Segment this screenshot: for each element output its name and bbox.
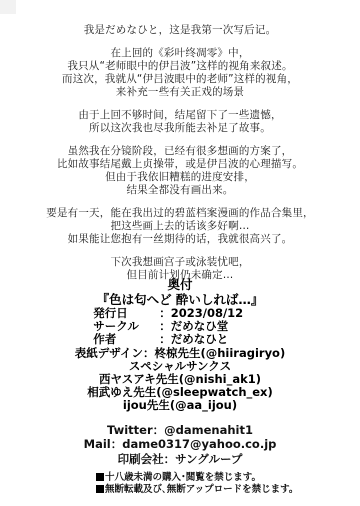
scan-corner-mark [0, 0, 16, 14]
afterword-paragraph-1: 我是だめなひと，这是我第一次写后记。 [0, 24, 360, 37]
mail-address: Mail：dame0317@yahoo.co.jp [0, 438, 360, 452]
afterword-line: 如果能让您抱有一丝期待的话，我就很高兴了。 [0, 233, 360, 246]
black-square-bullet-icon [96, 473, 104, 481]
afterword-line: 把这些画上去的话该多好啊… [0, 220, 360, 233]
afterword-paragraph-3: 由于上回不够时间，结尾留下了一些遗憾， 所以这次我也尽我所能去补足了故事。 [0, 109, 360, 135]
afterword-line: 但由于我依旧糟糕的进度安排， [0, 171, 360, 184]
afterword-line: 我只从“老师眼中的伊吕波”这样的视角来叙述。 [0, 60, 360, 73]
contact-info: Twitter：@damenahit1 Mail：dame0317@yahoo.… [0, 424, 360, 467]
black-square-bullet-icon [96, 485, 104, 493]
twitter-handle: Twitter：@damenahit1 [0, 424, 360, 438]
afterword-line: 结果全都没有画出来。 [0, 184, 360, 197]
special-thanks-item: ijou先生(@aa_ijou) [0, 399, 360, 412]
author-sep: ： [159, 333, 171, 346]
author-value: だめなひと [171, 333, 267, 346]
afterword-line: 所以这次我也尽我所能去补足了故事。 [0, 122, 360, 135]
afterword-line: 我是だめなひと，这是我第一次写后记。 [0, 24, 360, 37]
author-label: 作者 [93, 333, 159, 346]
notice-item: 十八歳未満の購入･閲覧を禁じます。 [96, 472, 298, 484]
notice-item: 無断転載及び､無断アップロードを禁じます。 [96, 484, 298, 496]
legal-notices: 十八歳未満の購入･閲覧を禁じます。 無断転載及び､無断アップロードを禁じます。 [96, 472, 298, 496]
afterword-line: 虽然我在分镜阶段，已经有很多想画的方案了， [0, 145, 360, 158]
cover-design-credit: 表紙デザイン：柊椋先生(@hiiragiryo) [0, 347, 360, 360]
colophon: 奥付 『色は匂へど 酔いしれば…』 発行日 ： 2023/08/12 サークル … [0, 278, 360, 413]
author-row: 作者 ： だめなひと [0, 333, 360, 346]
book-title: 『色は匂へど 酔いしれば…』 [0, 292, 360, 307]
notice-text: 無断転載及び､無断アップロードを禁じます。 [105, 484, 298, 495]
afterword-paragraph-5: 要是有一天，能在我出过的碧蓝档案漫画的作品合集里， 把这些画上去的话该多好啊… … [0, 207, 360, 246]
afterword-line: 在上回的《彩叶终凋零》中， [0, 47, 360, 60]
afterword-paragraph-2: 在上回的《彩叶终凋零》中， 我只从“老师眼中的伊吕波”这样的视角来叙述。 而这次… [0, 47, 360, 99]
afterword-line: 比如故事结尾戴上贞操带，或是伊吕波的心理描写。 [0, 158, 360, 171]
afterword-line: 由于上回不够时间，结尾留下了一些遗憾， [0, 109, 360, 122]
afterword-line: 要是有一天，能在我出过的碧蓝档案漫画的作品合集里， [0, 207, 360, 220]
afterword-line: 而这次，我就从“伊吕波眼中的老师”这样的视角， [0, 73, 360, 86]
notice-text: 十八歳未満の購入･閲覧を禁じます。 [105, 472, 261, 483]
afterword-line: 下次我想画宫子或泳装忧吧， [0, 256, 360, 269]
colophon-heading: 奥付 [0, 278, 360, 292]
afterword-line: 来补充一些有关正戏的场景 [0, 86, 360, 99]
printer-credit: 印刷会社：サングループ [0, 453, 360, 467]
afterword: 我是だめなひと，这是我第一次写后记。 在上回的《彩叶终凋零》中， 我只从“老师眼… [0, 24, 360, 292]
afterword-paragraph-4: 虽然我在分镜阶段，已经有很多想画的方案了， 比如故事结尾戴上贞操带，或是伊吕波的… [0, 145, 360, 197]
